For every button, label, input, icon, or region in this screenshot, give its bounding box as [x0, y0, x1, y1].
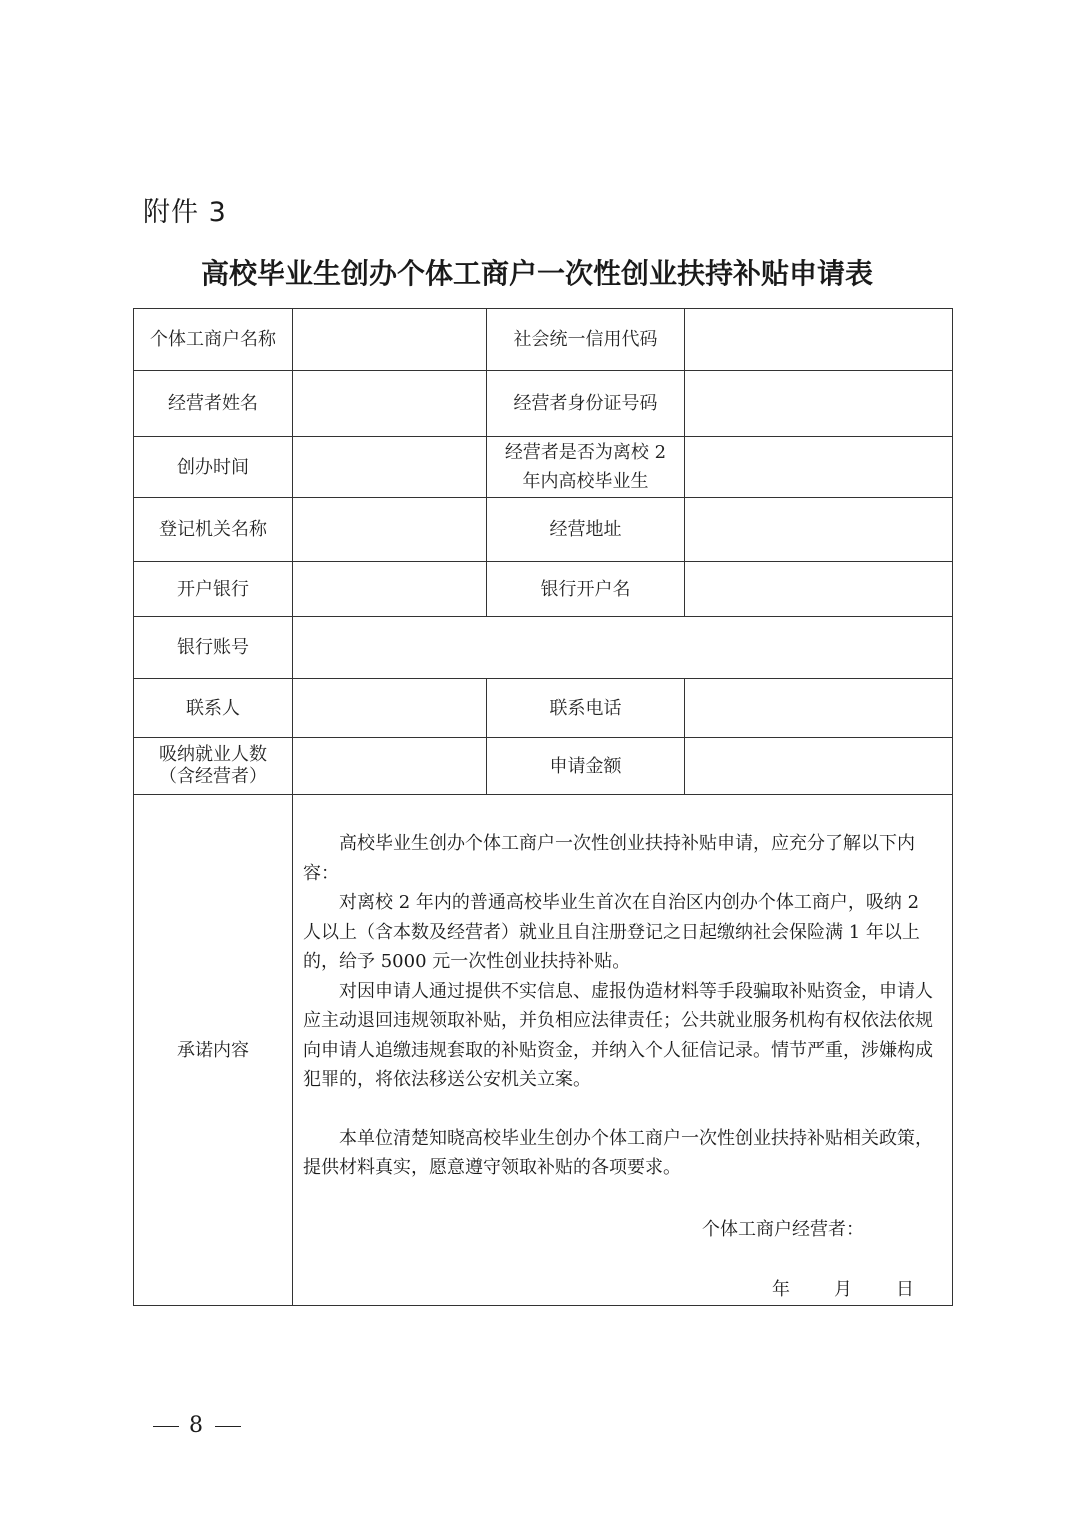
- label-operator-id: 经营者身份证号码: [487, 371, 685, 437]
- field-graduate-status[interactable]: [685, 437, 953, 498]
- field-account-number[interactable]: [293, 617, 953, 679]
- label-graduate-status: 经营者是否为离校 2 年内高校毕业生: [487, 437, 685, 498]
- label-contact-phone: 联系电话: [487, 679, 685, 738]
- label-contact-person: 联系人: [134, 679, 293, 738]
- label-account-name: 银行开户名: [487, 562, 685, 617]
- field-founding-date[interactable]: [293, 437, 487, 498]
- label-employee-count-line1: 吸纳就业人数: [134, 744, 292, 766]
- label-graduate-status-line2: 年内高校毕业生: [487, 467, 684, 496]
- table-row: 登记机关名称 经营地址: [134, 498, 953, 562]
- table-row: 联系人 联系电话: [134, 679, 953, 738]
- label-business-address: 经营地址: [487, 498, 685, 562]
- promise-paragraph: 对离校 2 年内的普通高校毕业生首次在自治区内创办个体工商户，吸纳 2 人以上（…: [303, 888, 942, 977]
- label-bank: 开户银行: [134, 562, 293, 617]
- application-form-table: 个体工商户名称 社会统一信用代码 经营者姓名 经营者身份证号码 创办时间 经营者…: [133, 308, 953, 1306]
- page-number: 8: [143, 1413, 251, 1438]
- promise-paragraph: 高校毕业生创办个体工商户一次性创业扶持补贴申请，应充分了解以下内容：: [303, 829, 942, 888]
- attachment-label: 附件 3: [143, 190, 227, 229]
- field-employee-count[interactable]: [293, 738, 487, 795]
- field-credit-code[interactable]: [685, 309, 953, 371]
- field-business-address[interactable]: [685, 498, 953, 562]
- field-operator-name[interactable]: [293, 371, 487, 437]
- promise-paragraph: 本单位清楚知晓高校毕业生创办个体工商户一次性创业扶持补贴相关政策，提供材料真实，…: [303, 1124, 942, 1183]
- label-operator-name: 经营者姓名: [134, 371, 293, 437]
- date-month: 月: [834, 1275, 852, 1305]
- label-business-name: 个体工商户名称: [134, 309, 293, 371]
- signature-label: 个体工商户经营者：: [702, 1215, 864, 1245]
- date-day: 日: [896, 1275, 914, 1305]
- field-registration-authority[interactable]: [293, 498, 487, 562]
- signature-date: 年月日: [772, 1275, 914, 1305]
- label-credit-code: 社会统一信用代码: [487, 309, 685, 371]
- label-employee-count-line2: （含经营者）: [134, 766, 292, 788]
- field-bank[interactable]: [293, 562, 487, 617]
- table-row: 银行账号: [134, 617, 953, 679]
- field-amount[interactable]: [685, 738, 953, 795]
- label-founding-date: 创办时间: [134, 437, 293, 498]
- label-account-number: 银行账号: [134, 617, 293, 679]
- field-business-name[interactable]: [293, 309, 487, 371]
- table-row: 开户银行 银行开户名: [134, 562, 953, 617]
- promise-paragraph: 对因申请人通过提供不实信息、虚报伪造材料等手段骗取补贴资金，申请人应主动退回违规…: [303, 977, 942, 1095]
- table-row: 吸纳就业人数 （含经营者） 申请金额: [134, 738, 953, 795]
- table-row: 创办时间 经营者是否为离校 2 年内高校毕业生: [134, 437, 953, 498]
- promise-content: 高校毕业生创办个体工商户一次性创业扶持补贴申请，应充分了解以下内容： 对离校 2…: [293, 795, 953, 1306]
- label-amount: 申请金额: [487, 738, 685, 795]
- table-row: 经营者姓名 经营者身份证号码: [134, 371, 953, 437]
- page-number-value: 8: [189, 1413, 205, 1438]
- field-account-name[interactable]: [685, 562, 953, 617]
- label-employee-count: 吸纳就业人数 （含经营者）: [134, 738, 293, 795]
- field-contact-phone[interactable]: [685, 679, 953, 738]
- label-promise: 承诺内容: [134, 795, 293, 1306]
- field-contact-person[interactable]: [293, 679, 487, 738]
- label-graduate-status-line1: 经营者是否为离校 2: [487, 438, 684, 467]
- table-row: 承诺内容 高校毕业生创办个体工商户一次性创业扶持补贴申请，应充分了解以下内容： …: [134, 795, 953, 1306]
- document-title: 高校毕业生创办个体工商户一次性创业扶持补贴申请表: [0, 252, 1074, 292]
- table-row: 个体工商户名称 社会统一信用代码: [134, 309, 953, 371]
- field-operator-id[interactable]: [685, 371, 953, 437]
- date-year: 年: [772, 1275, 790, 1305]
- label-registration-authority: 登记机关名称: [134, 498, 293, 562]
- dash-left: [153, 1426, 179, 1427]
- dash-right: [215, 1426, 241, 1427]
